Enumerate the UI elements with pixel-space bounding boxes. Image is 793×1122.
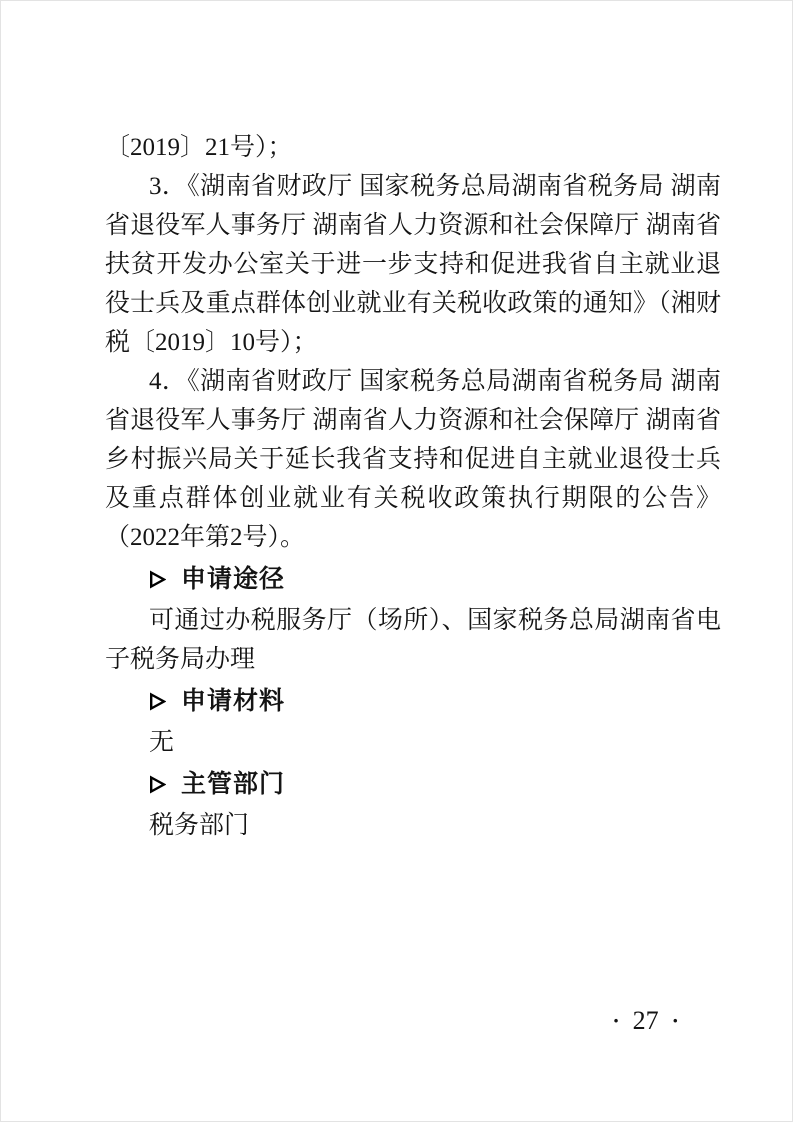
right-arrowhead-icon xyxy=(149,684,166,723)
paragraph-application-channel-text: 可通过办税服务厅（场所）、国家税务总局湖南省电子税务局办理 xyxy=(105,601,721,679)
heading-application-channel-label: 申请途径 xyxy=(181,565,285,593)
page-number: ·27· xyxy=(599,1005,692,1037)
paragraph-competent-department-text: 税务部门 xyxy=(105,806,721,845)
paragraph-legal-basis-item-3: 3．《湖南省财政厅 国家税务总局湖南省税务局 湖南省退役军人事务厅 湖南省人力资… xyxy=(105,167,721,362)
heading-application-materials: 申请材料 xyxy=(105,682,721,723)
right-arrowhead-icon xyxy=(149,562,166,601)
heading-competent-department: 主管部门 xyxy=(105,765,721,806)
heading-application-channel: 申请途径 xyxy=(105,560,721,601)
heading-application-materials-label: 申请材料 xyxy=(181,687,285,715)
page-number-left-dot: · xyxy=(612,1005,619,1037)
heading-competent-department-label: 主管部门 xyxy=(181,770,285,798)
paragraph-application-materials-text: 无 xyxy=(105,723,721,762)
paragraph-doc-ref-continuation: 〔2019〕21号）； xyxy=(105,128,721,167)
paragraph-legal-basis-item-4: 4．《湖南省财政厅 国家税务总局湖南省税务局 湖南省退役军人事务厅 湖南省人力资… xyxy=(105,362,721,557)
right-arrowhead-icon xyxy=(149,767,166,806)
document-page: 〔2019〕21号）； 3．《湖南省财政厅 国家税务总局湖南省税务局 湖南省退役… xyxy=(0,0,793,1122)
page-number-value: 27 xyxy=(633,1006,659,1035)
page-number-right-dot: · xyxy=(672,1005,679,1037)
page-body: 〔2019〕21号）； 3．《湖南省财政厅 国家税务总局湖南省税务局 湖南省退役… xyxy=(105,128,721,845)
